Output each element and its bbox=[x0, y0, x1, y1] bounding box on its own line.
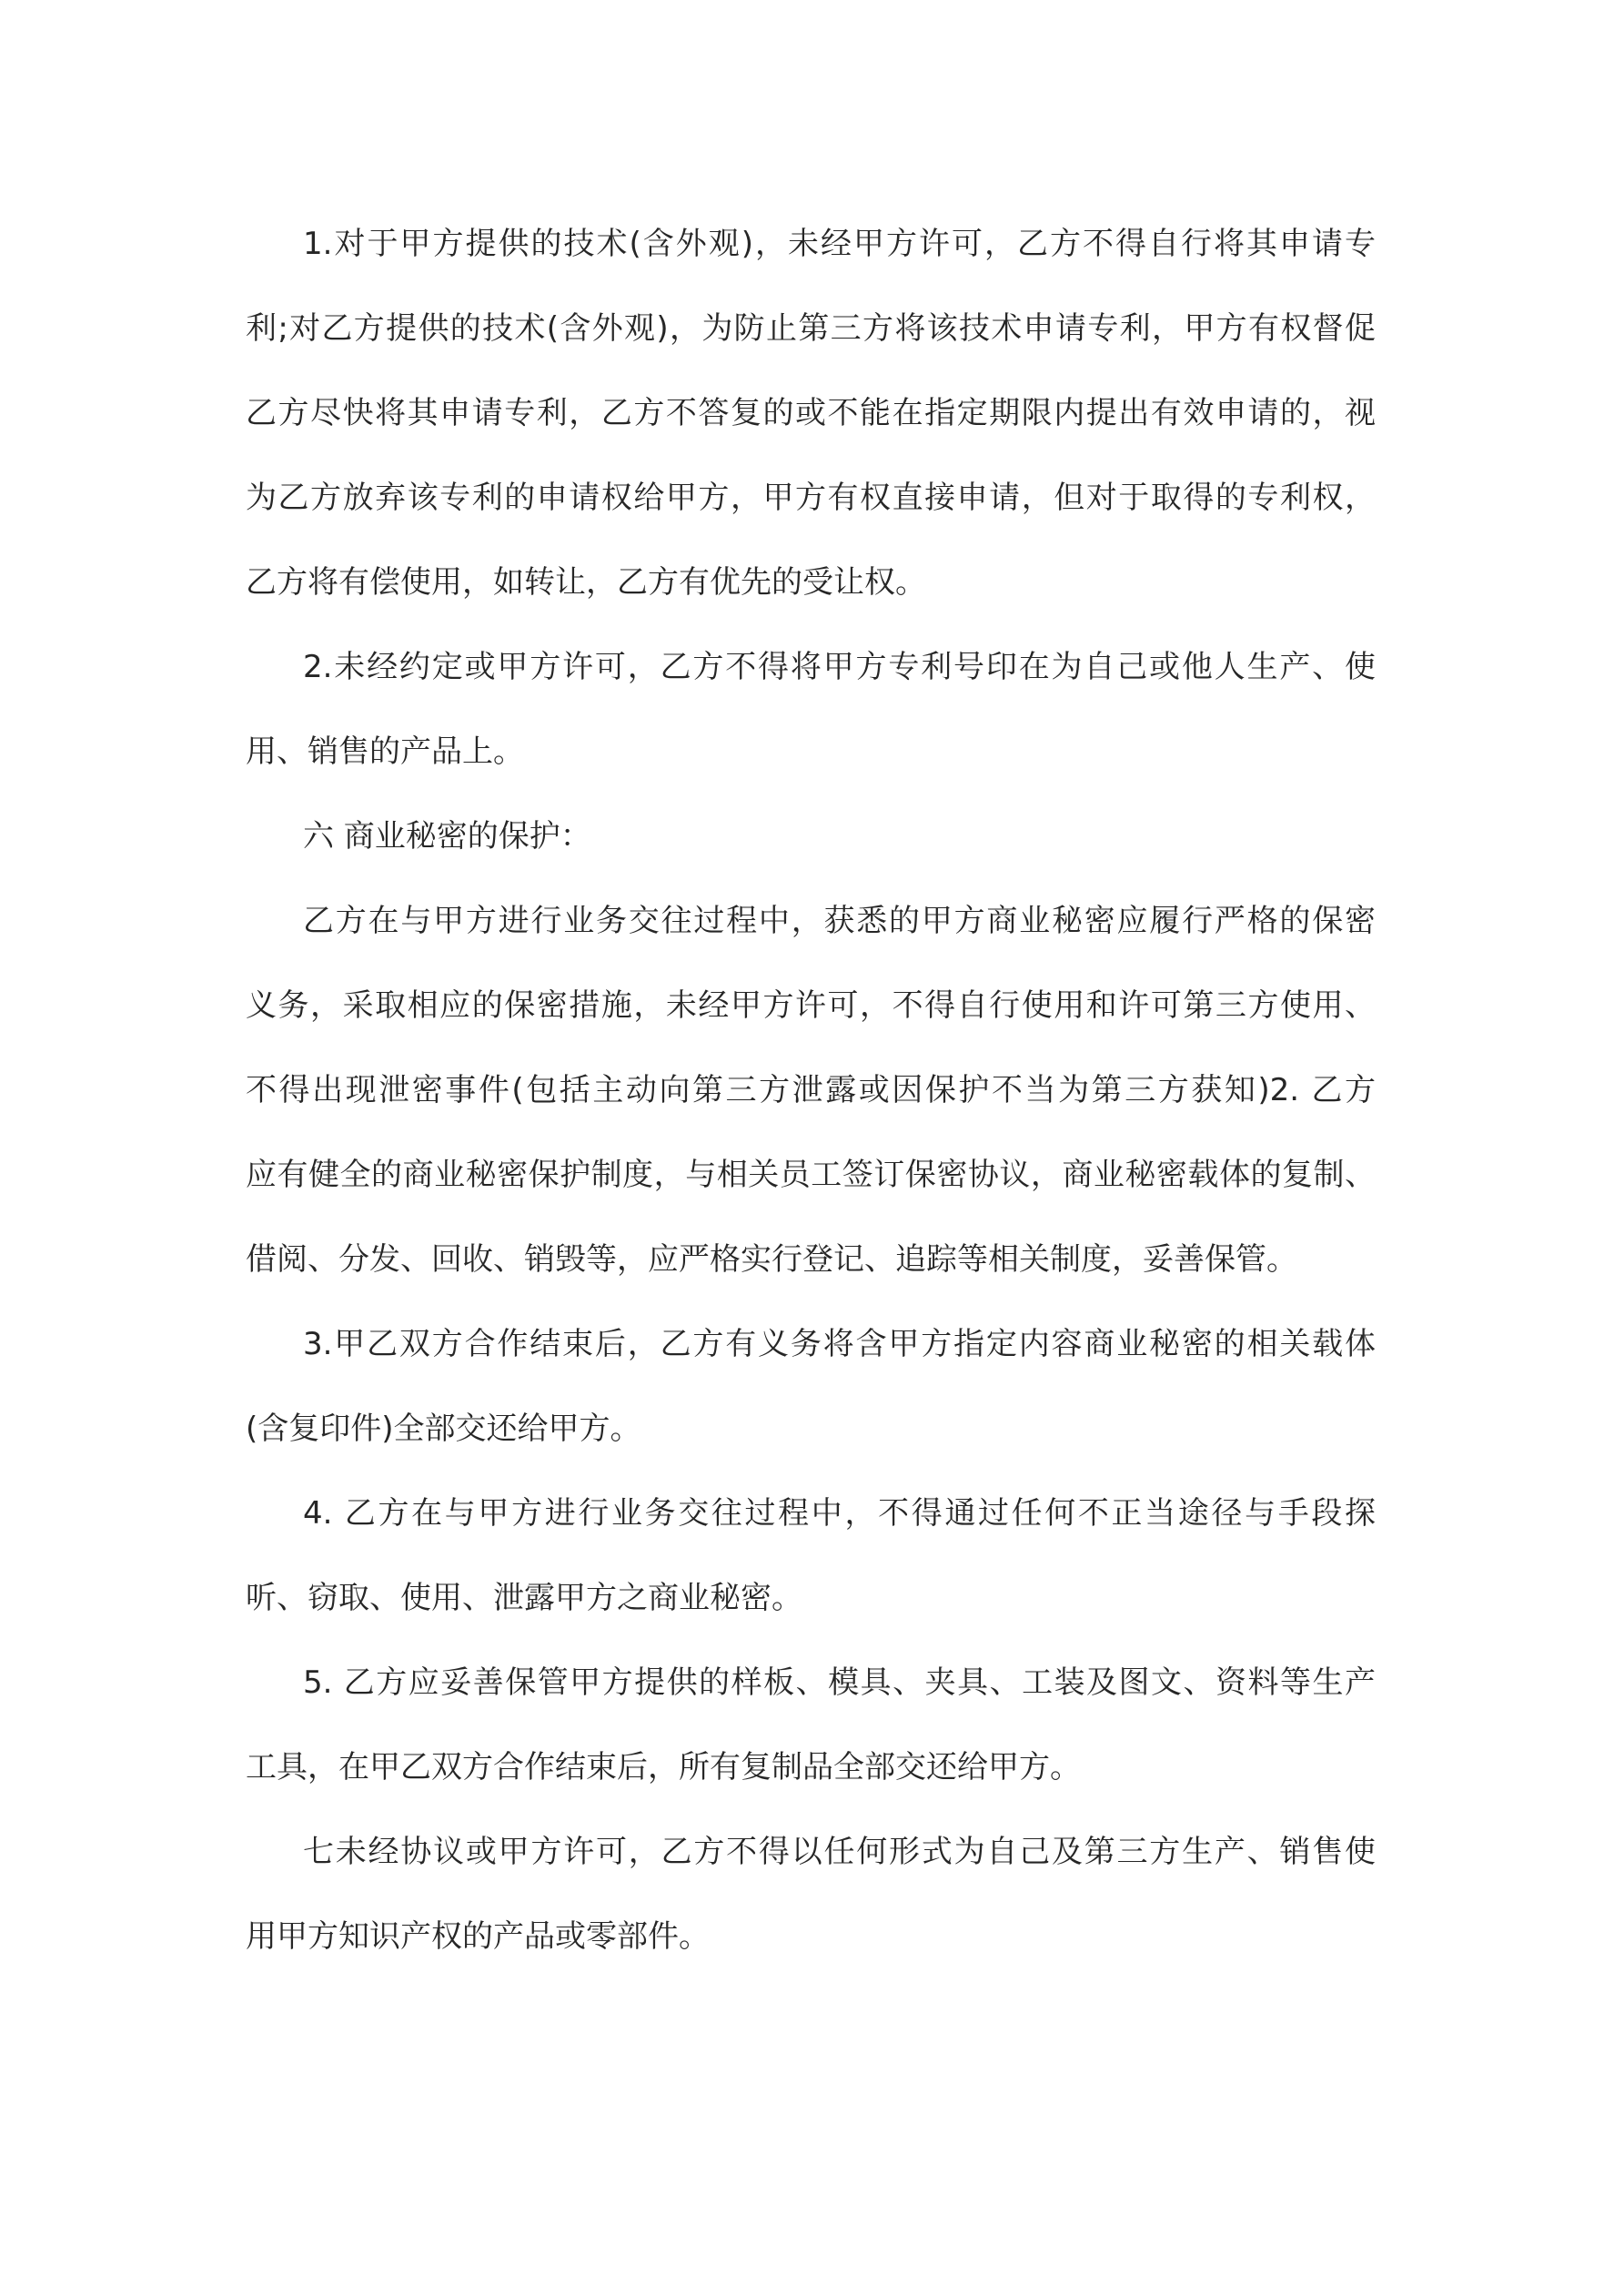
text-line: 工具，在甲乙双方合作结束后，所有复制品全部交还给甲方。 bbox=[246, 1737, 1376, 1822]
text-line: 七未经协议或甲方许可，乙方不得以任何形式为自己及第三方生产、销售使 bbox=[246, 1822, 1376, 1907]
text-line: 利;对乙方提供的技术(含外观)，为防止第三方将该技术申请专利，甲方有权督促 bbox=[246, 298, 1376, 383]
paragraph-no-improper-means: 4. 乙方在与甲方进行业务交往过程中，不得通过任何不正当途径与手段探 听、窃取、… bbox=[246, 1483, 1376, 1653]
text-line: 应有健全的商业秘密保护制度，与相关员工签订保密协议，商业秘密载体的复制、 bbox=[246, 1145, 1376, 1229]
text-line: 乙方在与甲方进行业务交往过程中，获悉的甲方商业秘密应履行严格的保密 bbox=[246, 891, 1376, 976]
text-line: 2.未经约定或甲方许可，乙方不得将甲方专利号印在为自己或他人生产、使 bbox=[246, 637, 1376, 722]
text-line: 用、销售的产品上。 bbox=[246, 722, 1376, 806]
document-page: 1.对于甲方提供的技术(含外观)，未经甲方许可，乙方不得自行将其申请专 利;对乙… bbox=[246, 214, 1376, 1991]
section-heading-trade-secrets: 六 商业秘密的保护： bbox=[246, 806, 1376, 891]
paragraph-confidentiality-duty: 乙方在与甲方进行业务交往过程中，获悉的甲方商业秘密应履行严格的保密 义务，采取相… bbox=[246, 891, 1376, 1314]
paragraph-ip-products: 七未经协议或甲方许可，乙方不得以任何形式为自己及第三方生产、销售使 用甲方知识产… bbox=[246, 1822, 1376, 1991]
text-line: (含复印件)全部交还给甲方。 bbox=[246, 1399, 1376, 1483]
text-line: 4. 乙方在与甲方进行业务交往过程中，不得通过任何不正当途径与手段探 bbox=[246, 1483, 1376, 1568]
text-line: 义务，采取相应的保密措施，未经甲方许可，不得自行使用和许可第三方使用、 bbox=[246, 976, 1376, 1060]
text-line: 3.甲乙双方合作结束后，乙方有义务将含甲方指定内容商业秘密的相关载体 bbox=[246, 1314, 1376, 1399]
text-line: 为乙方放弃该专利的申请权给甲方，甲方有权直接申请，但对于取得的专利权， bbox=[246, 468, 1376, 552]
text-line: 1.对于甲方提供的技术(含外观)，未经甲方许可，乙方不得自行将其申请专 bbox=[246, 214, 1376, 298]
paragraph-safekeeping-tools: 5. 乙方应妥善保管甲方提供的样板、模具、夹具、工装及图文、资料等生产 工具，在… bbox=[246, 1653, 1376, 1822]
paragraph-patent-number-use: 2.未经约定或甲方许可，乙方不得将甲方专利号印在为自己或他人生产、使 用、销售的… bbox=[246, 637, 1376, 806]
text-line: 听、窃取、使用、泄露甲方之商业秘密。 bbox=[246, 1568, 1376, 1653]
paragraph-patent-application: 1.对于甲方提供的技术(含外观)，未经甲方许可，乙方不得自行将其申请专 利;对乙… bbox=[246, 214, 1376, 637]
text-line: 乙方尽快将其申请专利，乙方不答复的或不能在指定期限内提出有效申请的，视 bbox=[246, 383, 1376, 468]
text-line: 不得出现泄密事件(包括主动向第三方泄露或因保护不当为第三方获知)2. 乙方 bbox=[246, 1060, 1376, 1145]
text-line: 5. 乙方应妥善保管甲方提供的样板、模具、夹具、工装及图文、资料等生产 bbox=[246, 1653, 1376, 1737]
text-line: 用甲方知识产权的产品或零部件。 bbox=[246, 1907, 1376, 1991]
text-line: 借阅、分发、回收、销毁等，应严格实行登记、追踪等相关制度，妥善保管。 bbox=[246, 1229, 1376, 1314]
text-line: 乙方将有偿使用，如转让，乙方有优先的受让权。 bbox=[246, 552, 1376, 637]
paragraph-return-carriers: 3.甲乙双方合作结束后，乙方有义务将含甲方指定内容商业秘密的相关载体 (含复印件… bbox=[246, 1314, 1376, 1483]
section-heading: 六 商业秘密的保护： bbox=[246, 806, 1376, 891]
